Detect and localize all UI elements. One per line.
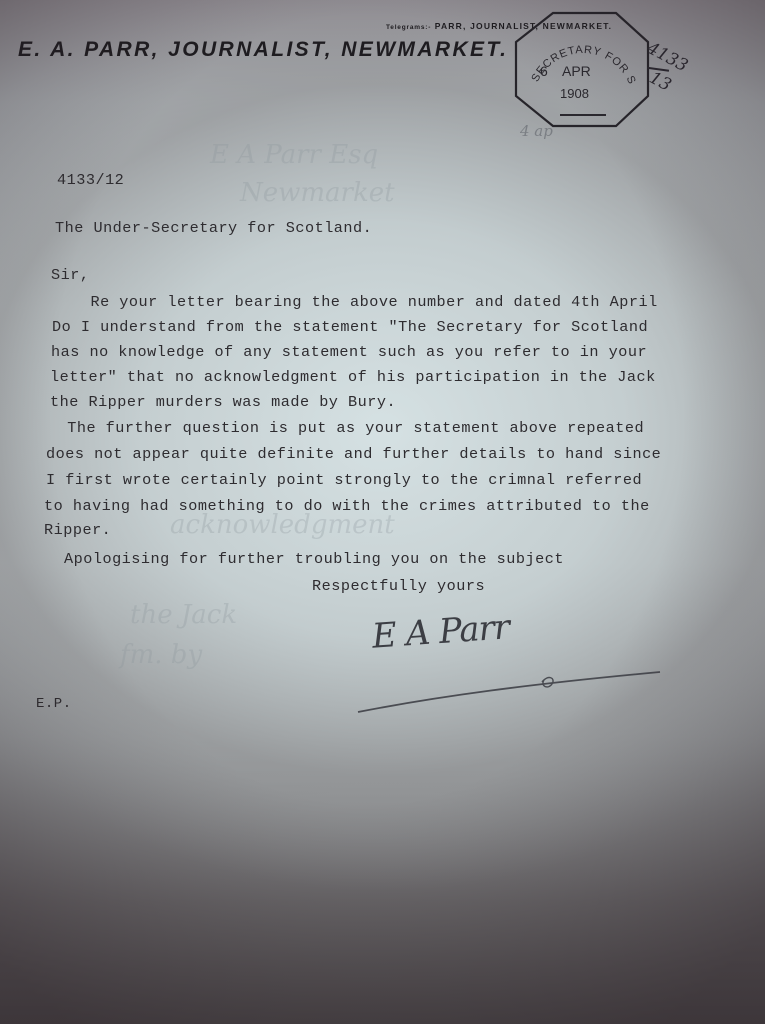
telegrams-label: Telegrams:- [386,24,431,31]
body-line: to having had something to do with the c… [44,497,650,515]
reference-number: 4133/12 [57,171,124,189]
body-line: Do I understand from the statement "The … [52,318,648,336]
body-line: has no knowledge of any statement such a… [51,343,647,361]
handwritten-note: 4 ap [520,122,553,140]
signature-flourish-icon [350,660,690,720]
show-through-handwriting: E A Parr Esq [210,140,378,170]
show-through-handwriting: fm. by [120,640,202,670]
body-line: does not appear quite definite and furth… [46,445,661,463]
addressee: The Under-Secretary for Scotland. [55,219,372,237]
show-through-handwriting: the Jack [130,600,237,630]
svg-text:1908: 1908 [560,86,589,101]
body-line: I first wrote certainly point strongly t… [46,471,642,489]
letterhead-title: E. A. PARR, JOURNALIST, NEWMARKET. [18,38,508,62]
svg-text:APR: APR [562,63,591,79]
body-line: Ripper. [44,521,111,539]
closing-line: Apologising for further troubling you on… [64,550,564,568]
typist-initials: E.P. [36,696,72,712]
body-line: Re your letter bearing the above number … [52,293,658,311]
svg-text:6: 6 [540,63,548,79]
show-through-handwriting: Newmarket [240,178,395,208]
sign-off: Respectfully yours [312,577,485,595]
body-line: The further question is put as your stat… [48,419,644,437]
body-line: letter" that no acknowledgment of his pa… [50,368,656,386]
body-line: the Ripper murders was made by Bury. [50,393,396,411]
salutation: Sir, [51,266,89,284]
